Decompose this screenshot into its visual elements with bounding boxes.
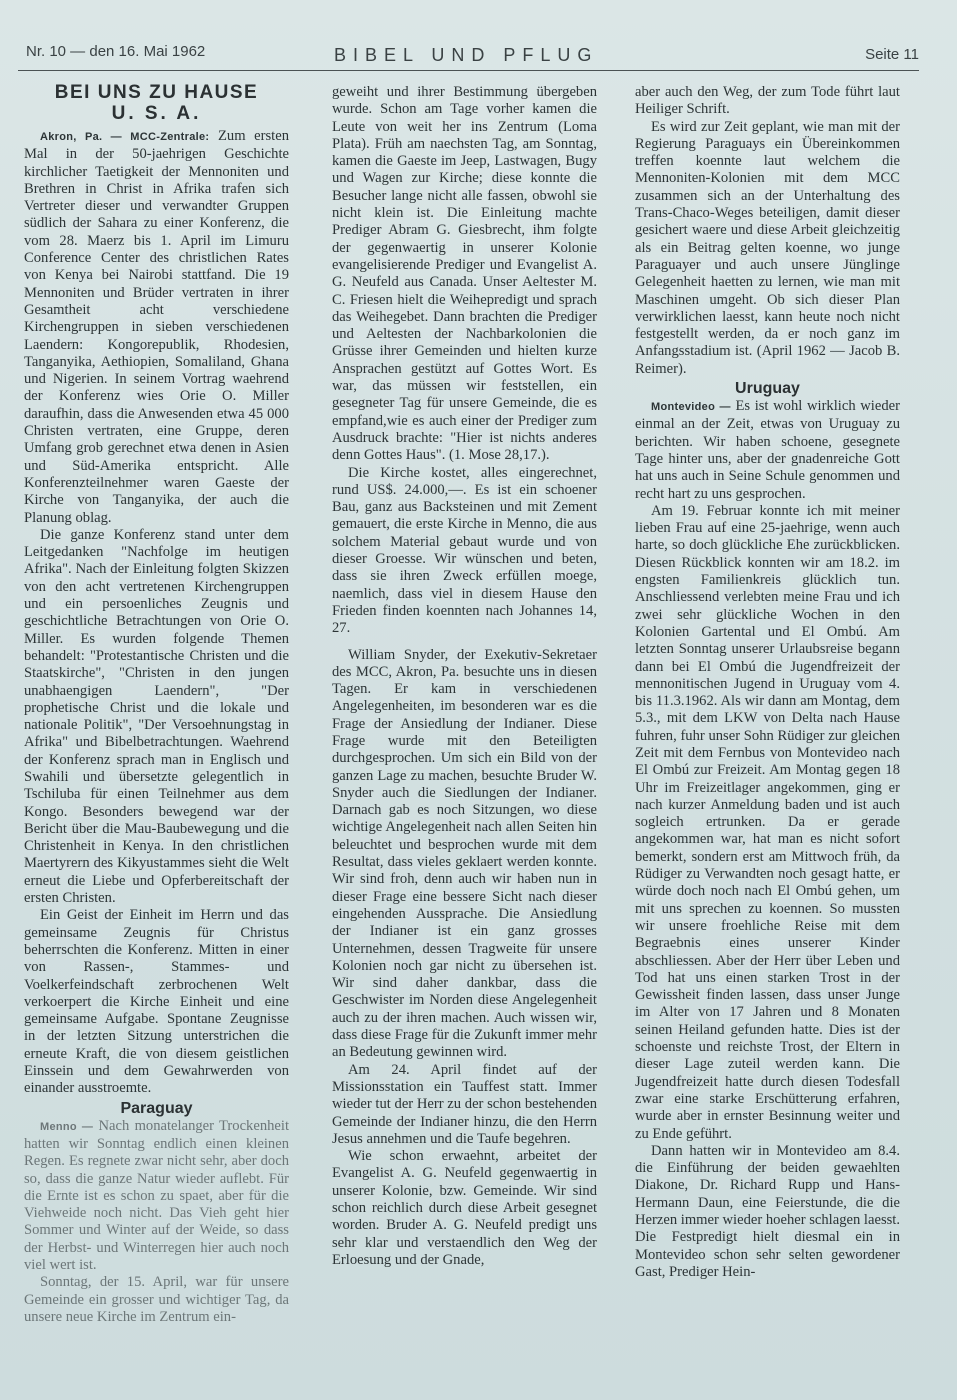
article-paragraph: Akron, Pa. — MCC-Zentrale: Zum ersten Ma… bbox=[24, 128, 289, 527]
article-paragraph: aber auch den Weg, der zum Tode führt la… bbox=[635, 84, 900, 119]
page-number: Seite 11 bbox=[865, 46, 919, 63]
newspaper-title: BIBEL UND PFLUG bbox=[334, 45, 598, 66]
article-paragraph: Dann hatten wir in Montevideo am 8.4. di… bbox=[635, 1143, 900, 1281]
masthead-divider bbox=[18, 70, 919, 71]
section-title: BEI UNS ZU HAUSE bbox=[24, 82, 289, 103]
article-paragraph: Die Kirche kostet, alles eingerechnet, r… bbox=[332, 465, 597, 638]
dateline-montevideo: Montevideo — bbox=[651, 401, 731, 413]
dateline-menno: Menno — bbox=[40, 1121, 93, 1133]
column-2: geweiht und ihrer Bestimmung übergeben w… bbox=[332, 84, 597, 1269]
article-paragraph: Es wird zur Zeit geplant, wie man mit de… bbox=[635, 119, 900, 378]
masthead: Nr. 10 — den 16. Mai 1962 BIBEL UND PFLU… bbox=[26, 40, 919, 70]
article-paragraph: Sonntag, der 15. April, war für unsere G… bbox=[24, 1274, 289, 1326]
country-heading-usa: U. S. A. bbox=[24, 103, 289, 125]
country-heading-paraguay: Paraguay bbox=[24, 1100, 289, 1118]
article-paragraph: William Snyder, der Exekutiv-Sekretaer d… bbox=[332, 647, 597, 1062]
article-paragraph: geweiht und ihrer Bestimmung übergeben w… bbox=[332, 84, 597, 465]
column-3: aber auch den Weg, der zum Tode führt la… bbox=[635, 84, 900, 1281]
column-1: BEI UNS ZU HAUSE U. S. A. Akron, Pa. — M… bbox=[24, 82, 289, 1326]
article-paragraph: Am 24. April findet auf der Missionsstat… bbox=[332, 1062, 597, 1148]
article-paragraph: Ein Geist der Einheit im Herrn und das g… bbox=[24, 907, 289, 1097]
article-paragraph: Wie schon erwaehnt, arbeitet der Evangel… bbox=[332, 1148, 597, 1269]
dateline-akron: Akron, Pa. — MCC-Zentrale: bbox=[40, 131, 209, 143]
article-paragraph: Am 19. Februar konnte ich mit meiner lie… bbox=[635, 503, 900, 1143]
newspaper-page: Nr. 10 — den 16. Mai 1962 BIBEL UND PFLU… bbox=[0, 0, 957, 1400]
country-heading-uruguay: Uruguay bbox=[635, 380, 900, 398]
article-paragraph: Montevideo — Es ist wohl wirklich wieder… bbox=[635, 398, 900, 503]
article-paragraph: Die ganze Konferenz stand unter dem Leit… bbox=[24, 527, 289, 908]
article-paragraph: Menno — Nach monatelanger Trockenheit ha… bbox=[24, 1118, 289, 1275]
issue-date: Nr. 10 — den 16. Mai 1962 bbox=[26, 43, 205, 60]
